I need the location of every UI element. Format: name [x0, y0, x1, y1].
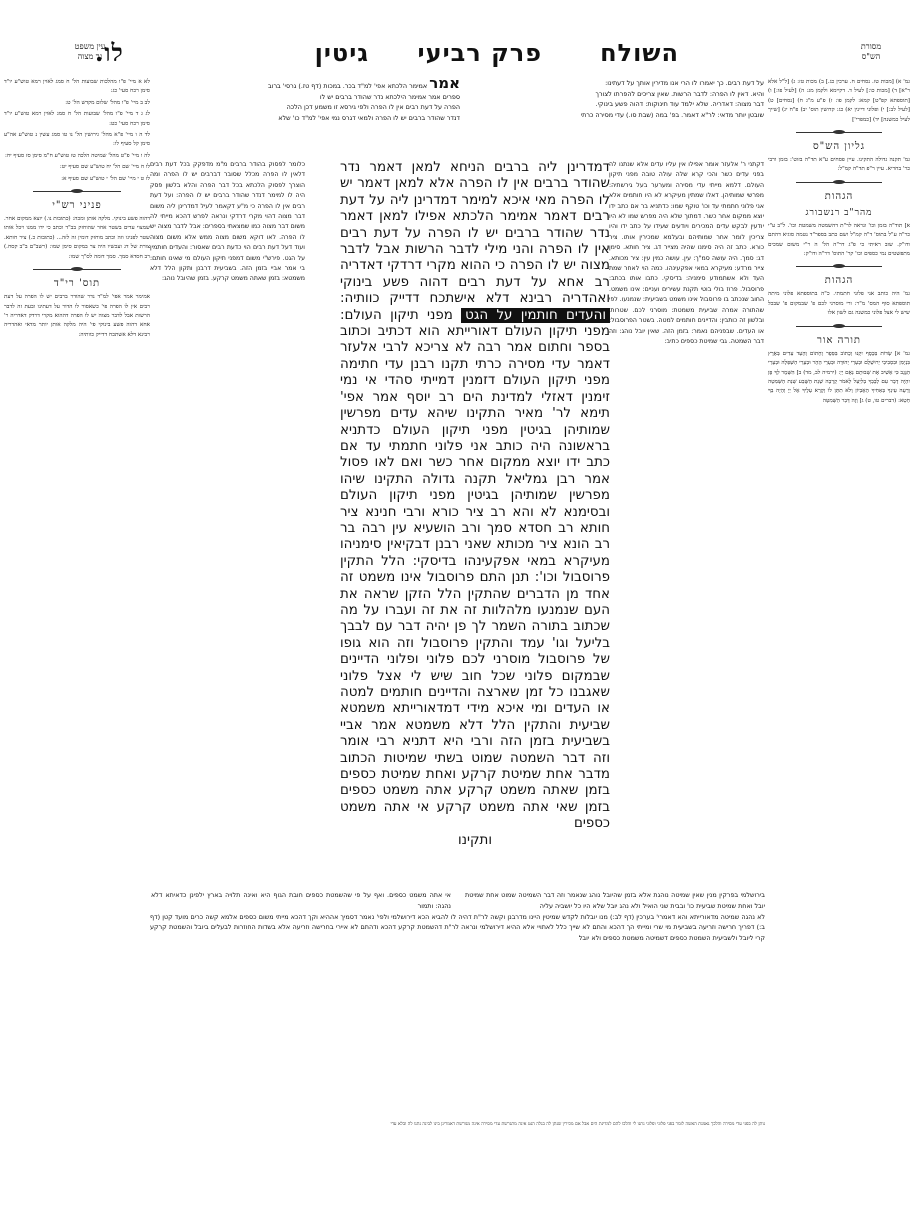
gemara-closing-word: ותקינו — [340, 833, 610, 849]
pnei-rashi-text: דהוה פשע בינוקי. מלקה אותן ומכה: (כתובות… — [4, 215, 150, 262]
rashi-top-block: על דעת רבים. כך יאמרו לו הרי אנו מדירין … — [454, 78, 764, 158]
gemara-segment: דמדרינן ליה ברבים הניחא למאן דאמר נדר שה… — [340, 160, 610, 306]
ein-mishpat-label-line2: נר מצוה — [60, 52, 120, 62]
ein-mishpat-entry: לד ה ו מיי' פ"א מהל' גירושין הל' נו טו ס… — [4, 131, 150, 150]
ein-mishpat-label-line1: עין משפט — [60, 42, 120, 52]
tosafot-line: הפרה על דעת רבים אין לו הפרה ולפי גירסא … — [150, 102, 460, 113]
masoret-hashas-column: גמ' א) [מכות טז. נסחים ח. ערכין כג.] ב) … — [768, 78, 910, 1118]
tosafot-line: דנדר שהודר ברבים יש לו הפרה ולמאי דגרס נ… — [150, 113, 460, 124]
ein-mishpat-entry: לא א מיי' פ"ו מהלכות שבועות הל' ח סמג לא… — [4, 78, 150, 97]
ein-mishpat-entry: לו ח מיי' שם הל' יח טוש"ע שם סעיף יט: — [4, 163, 150, 172]
tosafot-bottom-left: אי אתה משמט כספים. ואף על פי שהשמטת כספי… — [151, 890, 451, 912]
footnote: נותן לה בפני עדי מסירה והלכך נאמנת האשה … — [150, 1122, 765, 1128]
mishnah-quote-highlight: והעדים חותמין על הגט — [461, 308, 610, 323]
masoret-label-line2: הש"ס — [846, 52, 896, 62]
ein-mishpat-entry: לה ו מיי' פ"ט מהל' שמיטה הלכה טז טוש"ע ח… — [4, 152, 150, 161]
ornament-divider — [768, 128, 910, 136]
tractate-name: גיטין — [315, 38, 369, 68]
tosafot-column: כלומר לפסוק בהודר ברבים מ"מ מדפקק בכל דע… — [150, 160, 305, 880]
page-header: מסורת הש"ס השולח פרק רביעי גיטין לו. עין… — [0, 38, 914, 74]
ornament-divider — [4, 265, 150, 273]
torah-or-text: גמ' א] שָׂדוֹת בַּכֶּסֶף יִקְנוּ וְכָתוֹ… — [768, 350, 910, 406]
masoret-hashas-label: מסורת הש"ס — [846, 42, 896, 62]
ornament-divider — [768, 322, 910, 330]
tosafot-top-block: אמר אמימר הלכתא אפי' למ"ד בכר. במכות (דף… — [150, 78, 460, 158]
rashi-line: שובטן יותר מדאי: לר"א דאמר. בפ' במה (שבת… — [454, 110, 764, 121]
gemara-segment: מפני תיקון העולם: מפני תיקון העולם דאורי… — [340, 308, 610, 832]
hagahot-maharav-text: א] תוד"ה בזמן וכו' ונראה לר"ת דהשמטה משמ… — [768, 222, 910, 260]
ein-mishpat-entry: לב ב מיי' פ"ו מהל' שלום מקדש הל' ט: — [4, 99, 150, 108]
tosafot-bottom-block: בירושלמי בפרקין מנין שאין שמיטה נוהגת אל… — [150, 890, 765, 1128]
tosafot-bottom-full: לא נהגה שמיטה מדאורייתא והא דאמרי' בערכי… — [150, 912, 765, 944]
ein-mishpat-column: לא א מיי' פ"ו מהלכות שבועות הל' ח סמג לא… — [4, 78, 150, 1118]
hagahot-maharav-subtitle: מהר"ב רנשבורג — [768, 206, 910, 220]
ornament-divider — [4, 187, 150, 195]
hagahot-maharav-title: הגהות — [768, 190, 910, 204]
rashi-line: דבר מצוה: דאדריה. שלא ילמד עוד תינוקות: … — [454, 99, 764, 110]
tosafot-rid-text: אמימר אמר אפי' למ"ד נדר שהודר ברבים יש ל… — [4, 293, 150, 340]
ornament-divider — [768, 178, 910, 186]
rashi-line: והיא. דאין לו הפרה: לדבר הרשות. שאין צרי… — [454, 89, 764, 100]
tosafot-bottom-right: בירושלמי בפרקין מנין שאין שמיטה נוהגת אל… — [465, 890, 765, 912]
tosafot-opening-word: אמר — [429, 78, 460, 92]
torah-or-title: תורה אור — [768, 334, 910, 348]
tosafot-line: ספרים אמר אמימר הילכתא נדר שהודר ברבים י… — [150, 92, 460, 103]
ein-mishpat-entry: לג ג ד מיי' פ"ו מהל' שבועות הל' ח סמג לא… — [4, 110, 150, 129]
tosafot-line: אמימר הלכתא אפי' למ"ד בכר. במכות (דף טז.… — [268, 82, 427, 90]
ornament-divider — [768, 262, 910, 270]
talmud-page: מסורת הש"ס השולח פרק רביעי גיטין לו. עין… — [0, 0, 914, 1213]
masoret-entries: גמ' א) [מכות טז. נסחים ח. ערכין כג.] ב) … — [768, 78, 910, 125]
gilyon-hashas-title: גליון הש"ס — [768, 140, 910, 154]
ein-mishpat-entry: לז ט י מיי' שם הל' י טוש"ע שם סעיף א: — [4, 175, 150, 184]
masoret-label-line1: מסורת — [846, 42, 896, 52]
rashi-line: על דעת רבים. כך יאמרו לו הרי אנו מדירין … — [454, 78, 764, 89]
gilyon-hashas-text: גמ' תקנה גדולה התקינו. עיין פסחים ע"א תד… — [768, 156, 910, 175]
hagahot-text: גמ' היה כותב אני פלוני חתמתי. כ"ה בתוספת… — [768, 290, 910, 318]
ein-mishpat-label: עין משפט נר מצוה — [60, 42, 120, 62]
tosafot-rid-title: תוס' רי"ד — [4, 277, 150, 291]
pnei-rashi-title: פניני רש"י — [4, 199, 150, 213]
rashi-column: דקתני ר' אלעזר אומר אפילו אין עליו עדים … — [609, 160, 764, 880]
hagahot-title: הגהות — [768, 274, 910, 288]
gemara-main-text: דמדרינן ליה ברבים הניחא למאן דאמר נדר שה… — [340, 160, 610, 890]
chapter-name: השולח — [600, 38, 679, 68]
chapter-number: פרק רביעי — [418, 38, 542, 68]
